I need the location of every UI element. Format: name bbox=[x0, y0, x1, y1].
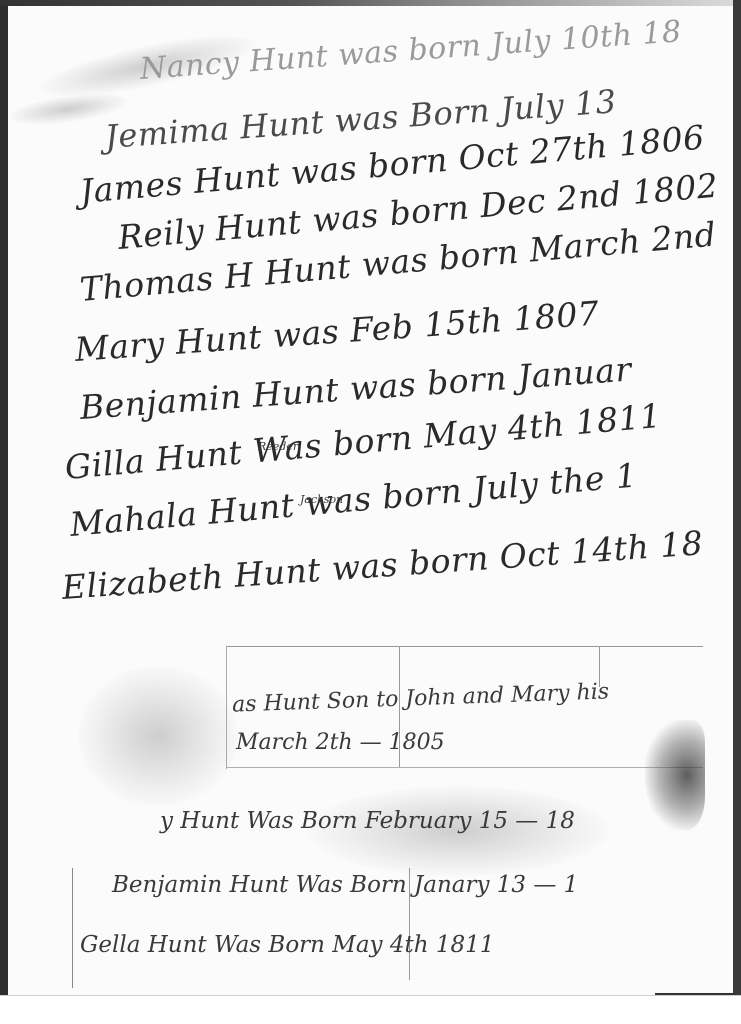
scan-border-top bbox=[0, 0, 741, 6]
interlinear-note-jackson: Jackson bbox=[300, 493, 343, 506]
scan-bottom-margin bbox=[0, 995, 741, 1024]
fragment-line-2: March 2th — 1805 bbox=[236, 730, 445, 755]
lower-register-line-2: Benjamin Hunt Was Born Janary 13 — 1 bbox=[112, 872, 578, 898]
smudge-mark bbox=[78, 666, 238, 806]
interlinear-note-reeder: Reeder bbox=[258, 440, 298, 453]
document-scan: Nancy Hunt was born July 10th 18 Jemima … bbox=[0, 0, 741, 1024]
lower-register-line-3: Gella Hunt Was Born May 4th 1811 bbox=[80, 932, 494, 958]
water-stain bbox=[645, 720, 705, 830]
fragment-fold-line bbox=[227, 767, 703, 768]
bottom-rule-line bbox=[655, 993, 735, 995]
lower-register-line-1: y Hunt Was Born February 15 — 18 bbox=[160, 808, 575, 834]
scan-border-left bbox=[0, 0, 8, 995]
scan-border-right bbox=[733, 0, 741, 995]
